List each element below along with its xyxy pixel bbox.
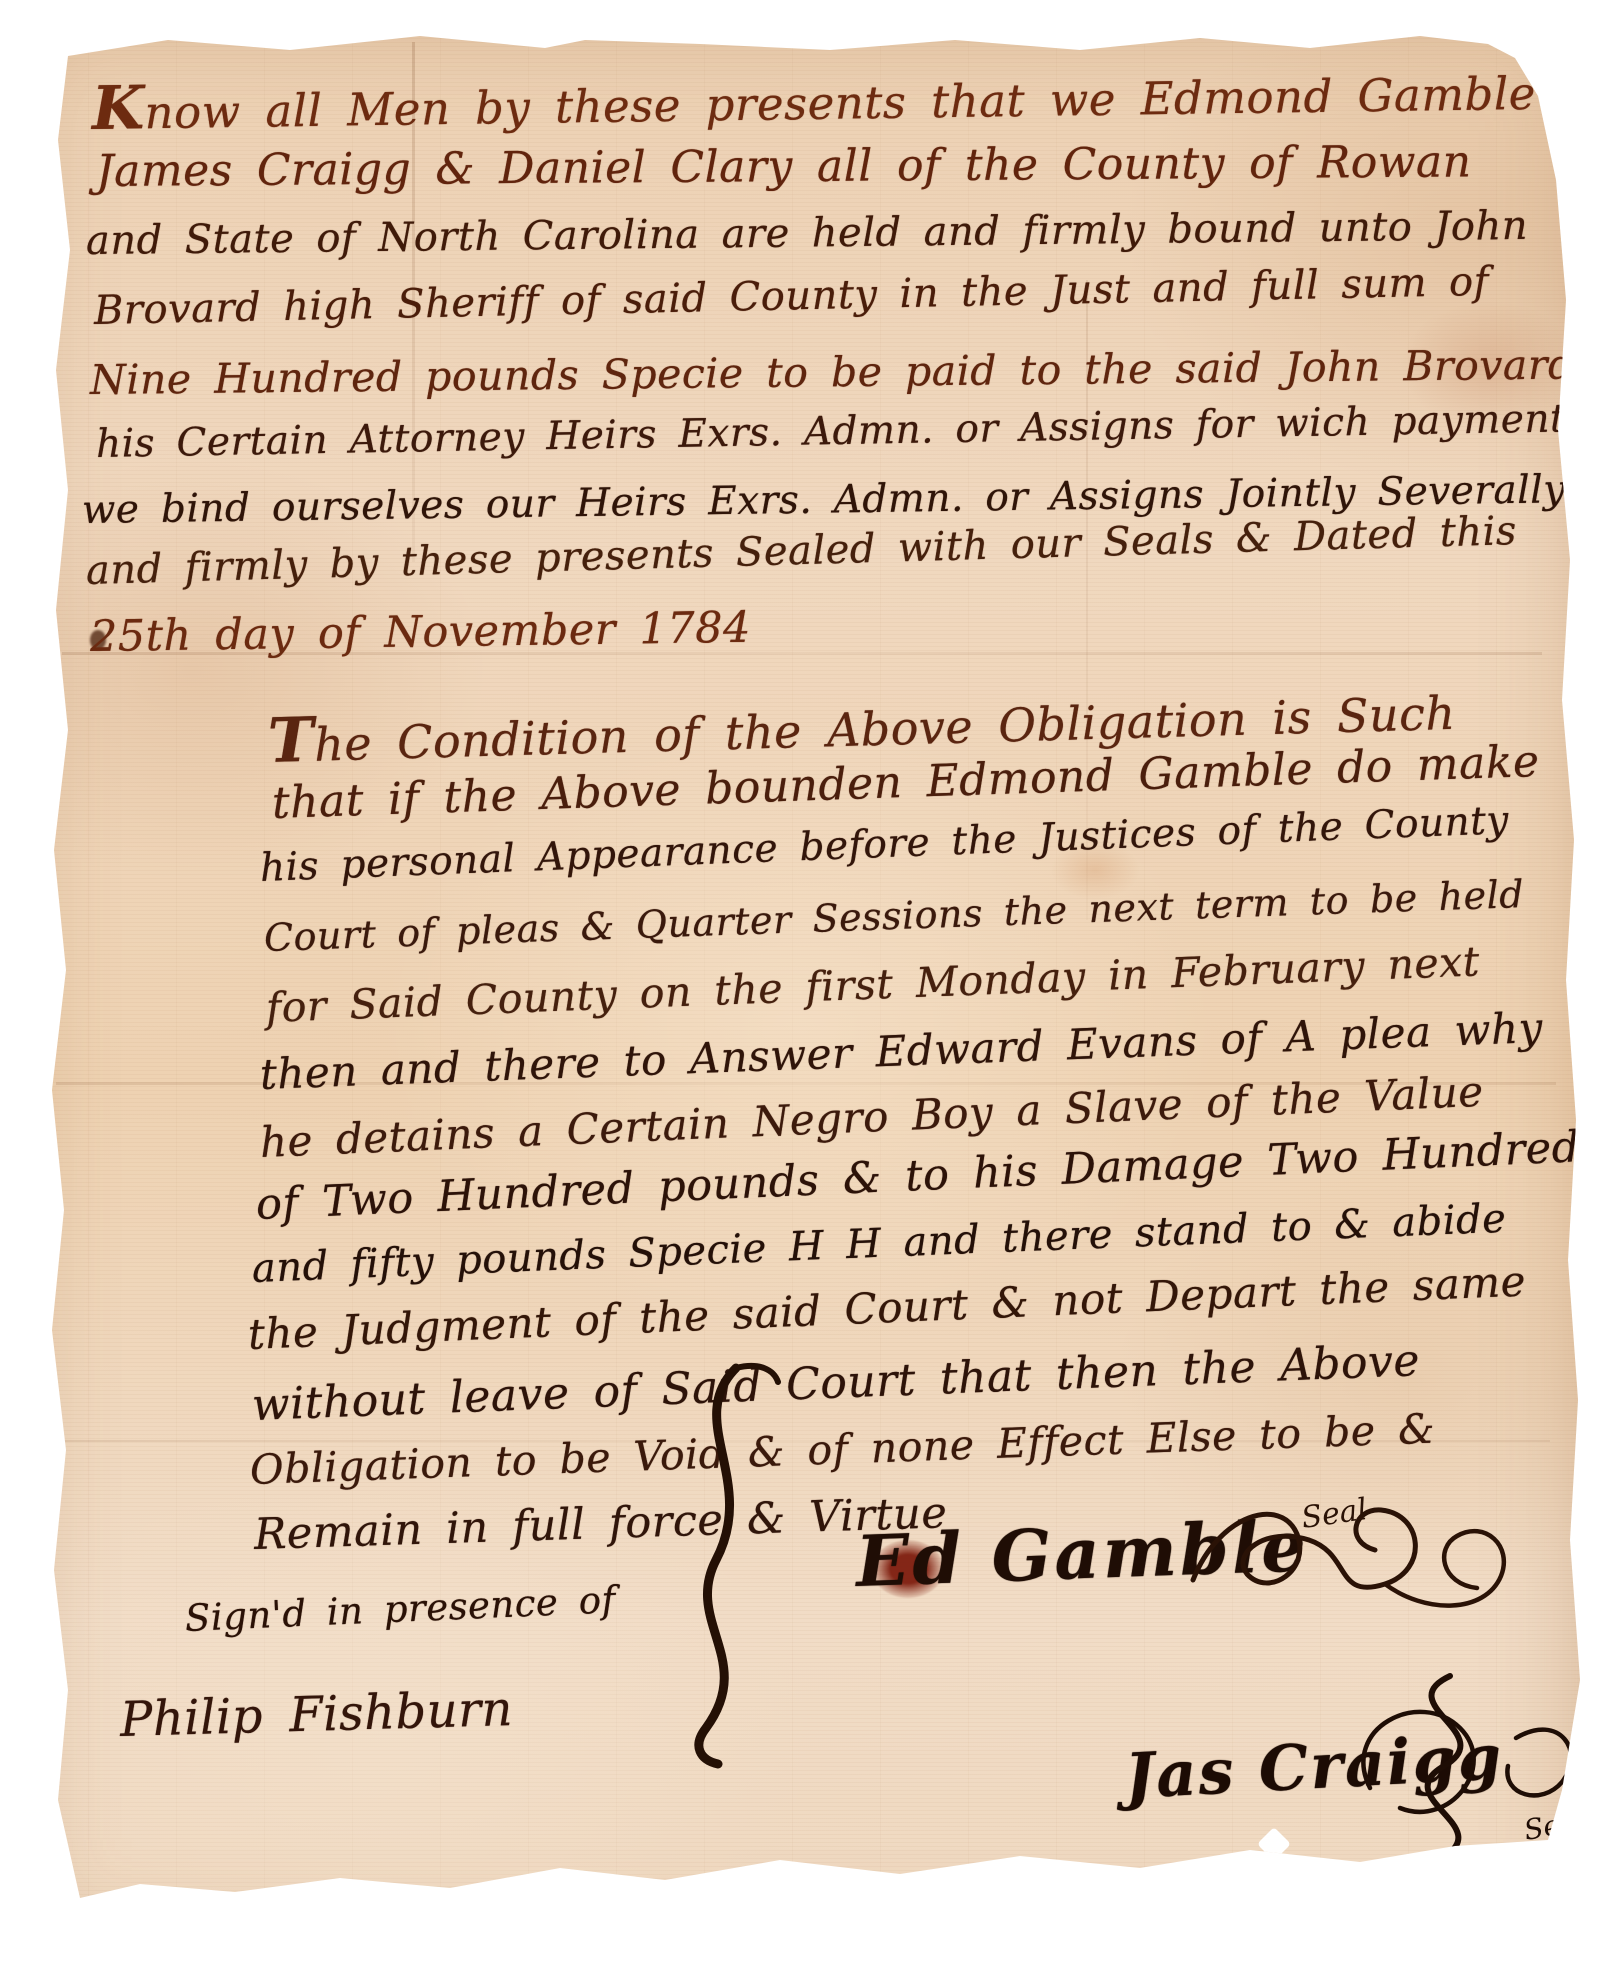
manuscript-line: James Craigg & Daniel Clary all of the C…: [96, 136, 1472, 197]
seal-label: Seal: [1299, 1492, 1369, 1536]
paper-hole: [1257, 1827, 1291, 1861]
manuscript-line-date: 25th day of November 1784: [90, 603, 752, 662]
manuscript-line: Know all Men by these presents that we E…: [92, 54, 1537, 144]
clary-seal-flourish: Seal: [1398, 1852, 1593, 1962]
manuscript-line: Remain in full force & Virtue: [253, 1488, 948, 1560]
scan-background: Know all Men by these presents that we E…: [0, 0, 1600, 1971]
brace-flourish: [640, 1360, 790, 1770]
manuscript-line: Brovard high Sheriff of said County in t…: [94, 259, 1490, 334]
seal-label: Seal: [1521, 1804, 1587, 1847]
manuscript-line: his Certain Attorney Heirs Exrs. Admn. o…: [96, 396, 1567, 467]
gamble-seal-flourish: Seal: [1185, 1484, 1515, 1664]
witness-signed-label: Sign'd in presence of: [184, 1578, 616, 1640]
craigg-seal-flourish: Seal: [1330, 1668, 1590, 1908]
signature-daniel-clary: Daniel Clary: [1177, 1851, 1591, 1934]
document-paper: Know all Men by these presents that we E…: [0, 0, 1600, 1971]
manuscript-line: and State of North Carolina are held and…: [86, 203, 1528, 264]
seal-label: Seal: [1515, 1861, 1576, 1899]
witness-signature: Philip Fishburn: [119, 1681, 513, 1748]
manuscript-line: Nine Hundred pounds Specie to be paid to…: [90, 340, 1575, 404]
